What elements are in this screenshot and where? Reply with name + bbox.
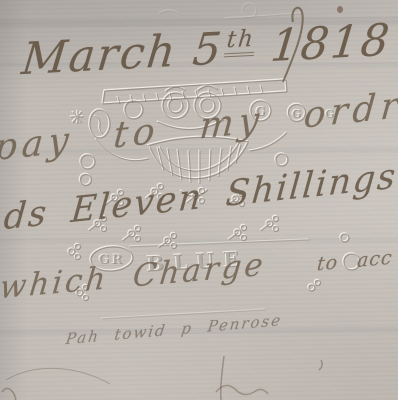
to-account-text: to acc <box>316 247 394 276</box>
pencil-arc <box>6 368 110 384</box>
handwritten-line-charge: which Chargeto acc <box>0 235 395 306</box>
handwritten-line-amount: ds Eleven Shillings <box>2 156 398 238</box>
comma-mark <box>319 360 322 370</box>
stroke-fragment <box>221 356 224 400</box>
handwritten-endorsement: Pah towid p Penrose <box>65 311 284 348</box>
cutoff-letters-center <box>216 385 268 394</box>
date-line: March 5th1818 <box>19 14 393 85</box>
ink-speck <box>337 6 343 13</box>
handwritten-line-pay-order: pay to my ordr <box>0 85 398 170</box>
document-photo: G G G <box>0 0 398 400</box>
charge-text: which Charge <box>0 247 268 307</box>
date-ordinal: th <box>224 26 257 58</box>
cutoff-letter-left <box>2 388 16 400</box>
date-year: 1818 <box>268 14 393 72</box>
date-month-day: March 5 <box>19 23 225 85</box>
